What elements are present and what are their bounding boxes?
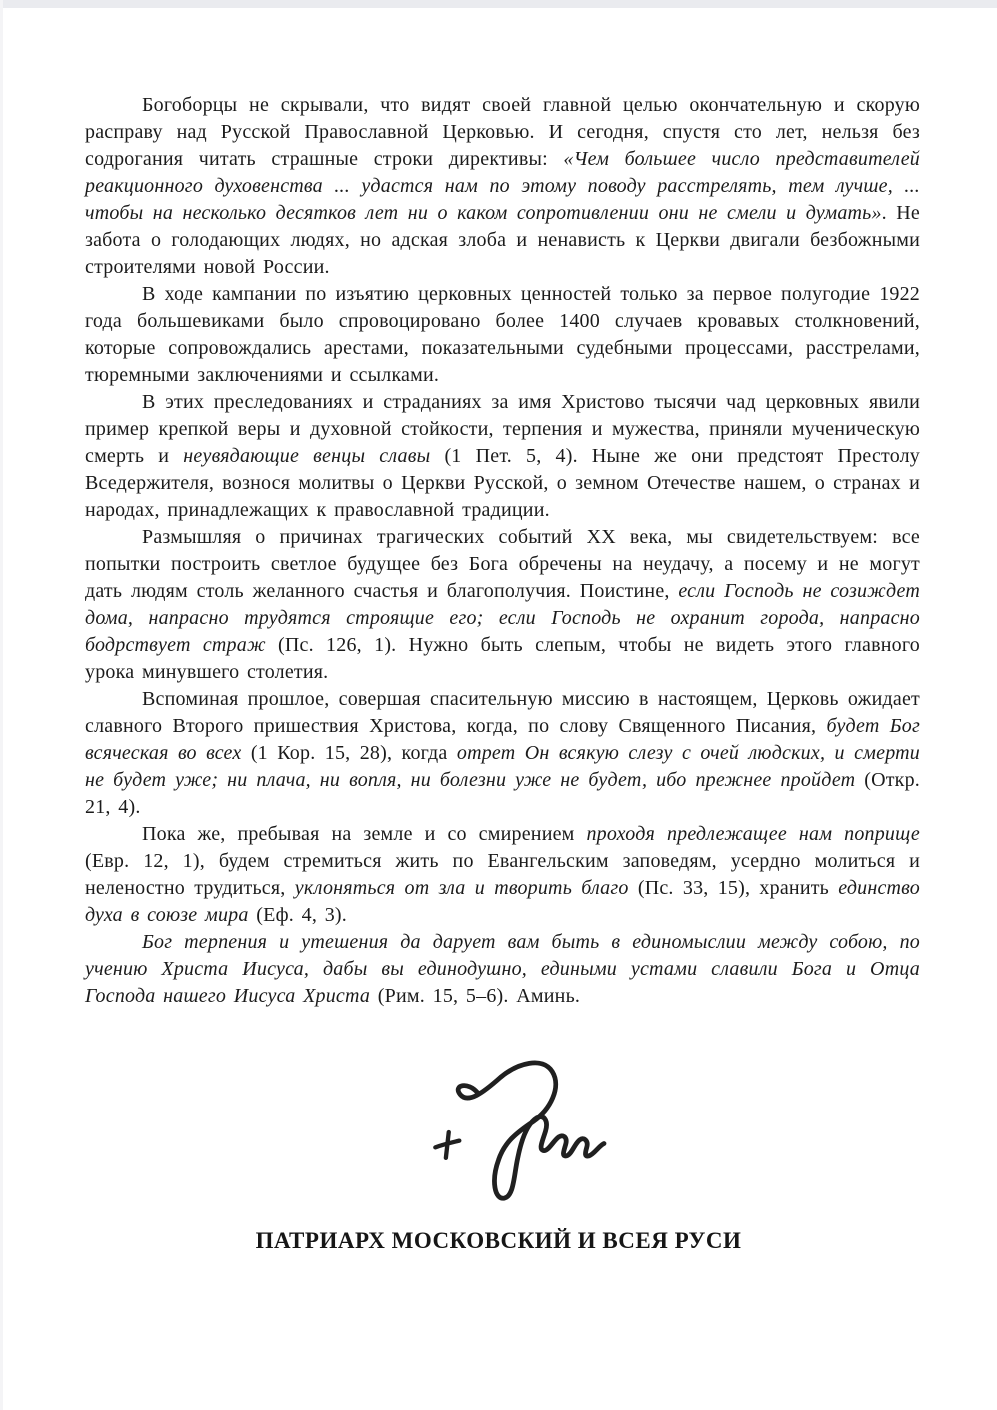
text-segment: Вспоминая прошлое, совершая спасительную… xyxy=(85,688,920,737)
scanned-document-page: { "page": { "background_color": "#ffffff… xyxy=(0,0,997,1410)
text-segment: (Еф. 4, 3). xyxy=(249,904,347,926)
text-segment: Пока же, пребывая на земле и со смирение… xyxy=(142,823,586,845)
scan-edge-top xyxy=(0,0,997,8)
paragraph: Размышляя о причинах трагических событий… xyxy=(85,524,920,686)
signature-cross-icon xyxy=(435,1132,459,1158)
text-segment: В ходе кампании по изъятию церковных цен… xyxy=(85,283,920,386)
document-body: Богоборцы не скрывали, что видят своей г… xyxy=(85,92,920,1010)
quoted-text: уклоняться от зла и творить благо xyxy=(295,877,629,899)
text-segment: (Рим. 15, 5–6). Аминь. xyxy=(370,985,580,1007)
paragraph: Вспоминая прошлое, совершая спасительную… xyxy=(85,686,920,821)
signature-ink xyxy=(420,1048,650,1216)
paragraph: Пока же, пребывая на земле и со смирение… xyxy=(85,821,920,929)
scan-edge-left xyxy=(0,0,3,1410)
text-segment: (Пс. 33, 15), хранить xyxy=(629,877,839,899)
patriarch-title: ПАТРИАРХ МОСКОВСКИЙ И ВСЕЯ РУСИ xyxy=(0,1228,997,1254)
signature-flourish xyxy=(458,1063,604,1198)
quoted-text: неувядающие венцы славы xyxy=(183,445,430,467)
patriarch-signature xyxy=(420,1048,650,1216)
text-segment: (1 Кор. 15, 28), когда xyxy=(241,742,456,764)
quoted-text: проходя предлежащее нам поприще xyxy=(586,823,920,845)
paragraph: В этих преследованиях и страданиях за им… xyxy=(85,389,920,524)
paragraph: Бог терпения и утешения да дарует вам бы… xyxy=(85,929,920,1010)
paragraph: Богоборцы не скрывали, что видят своей г… xyxy=(85,92,920,281)
paragraph: В ходе кампании по изъятию церковных цен… xyxy=(85,281,920,389)
